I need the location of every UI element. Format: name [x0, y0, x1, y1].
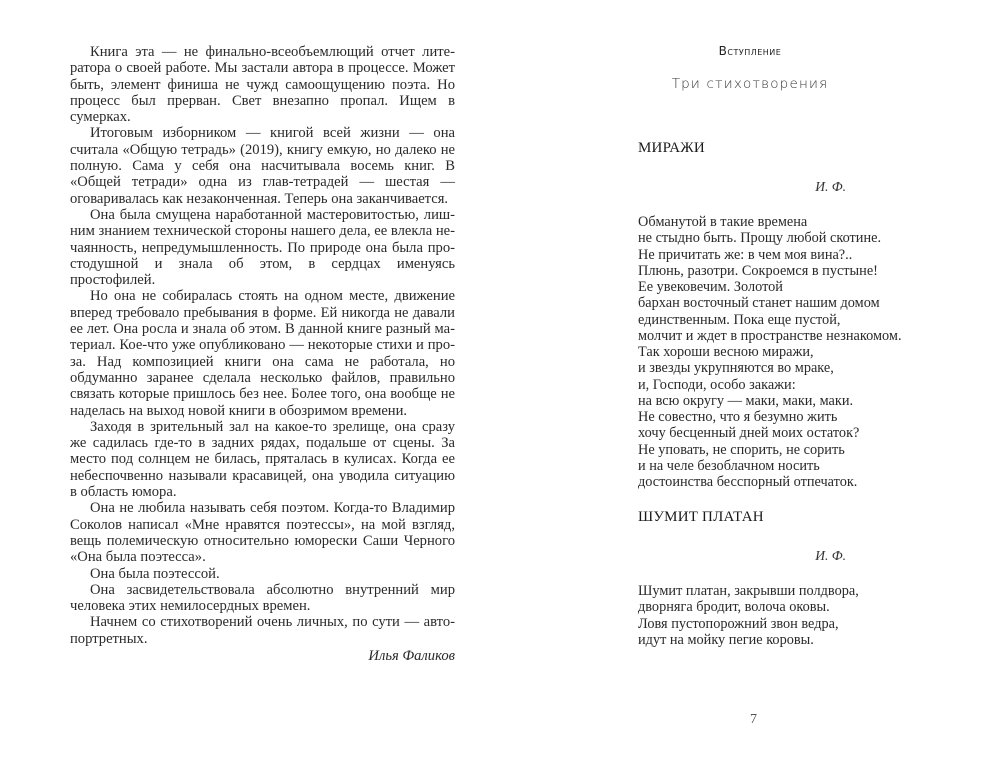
- paragraph: Она была поэтессой.: [70, 566, 455, 582]
- poem-line: бархан восточный станет нашим домом: [638, 295, 938, 311]
- paragraph: Но она не собиралась стоять на одном мес…: [70, 288, 455, 418]
- paragraph: Она засвидетельствовала абсолютно внутре…: [70, 582, 455, 615]
- poem-line: Не уповать, не спорить, не сорить: [638, 442, 938, 458]
- running-head: Вступление: [500, 44, 1000, 58]
- section-title: Три стихотворения: [500, 76, 1000, 92]
- poem-line: дворняга бродит, волоча оковы.: [638, 599, 938, 615]
- poem-title: ШУМИТ ПЛАТАН: [638, 509, 938, 526]
- foreword-text: Книга эта — не финально-всеобъемлющий от…: [70, 44, 455, 664]
- poem-line: идут на мойку пегие коровы.: [638, 632, 938, 648]
- paragraph: Книга эта — не финально-всеобъемлющий от…: [70, 44, 455, 125]
- poem-author: И. Ф.: [638, 179, 846, 195]
- paragraph: Она не любила называть себя поэтом. Когд…: [70, 500, 455, 565]
- poem-line: и, Господи, особо закажи:: [638, 377, 938, 393]
- poem-line: не стыдно быть. Прощу любой скотине.: [638, 230, 938, 246]
- poem-line: Ловя пустопорожний звон ведра,: [638, 616, 938, 632]
- poem-line: на всю округу — маки, маки, маки.: [638, 393, 938, 409]
- poem-author: И. Ф.: [638, 548, 846, 564]
- poem-line: Ее увековечим. Золотой: [638, 279, 938, 295]
- page-number: 7: [750, 712, 757, 728]
- poem-line: Обманутой в такие времена: [638, 214, 938, 230]
- poem-line: единственным. Пока еще пустой,: [638, 312, 938, 328]
- poem-line: Плюнь, разотри. Сокроемся в пустыне!: [638, 263, 938, 279]
- poem-shumit-platan: ШУМИТ ПЛАТАН И. Ф. Шумит платан, закрывш…: [638, 509, 938, 648]
- poem-line: и на челе безоблачном носить: [638, 458, 938, 474]
- poem-line: Не причитать же: в чем моя вина?..: [638, 247, 938, 263]
- poem-line: Шумит платан, закрывши полдвора,: [638, 583, 938, 599]
- poem-line: Так хороши весною миражи,: [638, 344, 938, 360]
- poem-line: достоинства бесспорный отпечаток.: [638, 474, 938, 490]
- poem-line: Не совестно, что я безумно жить: [638, 409, 938, 425]
- paragraph: Начнем со стихотворений очень личных, по…: [70, 614, 455, 647]
- left-page: Книга эта — не финально-всеобъемлющий от…: [0, 0, 500, 774]
- poem-mirazhi: МИРАЖИ И. Ф. Обманутой в такие времена н…: [638, 140, 938, 490]
- poem-line: молчит и ждет в пространстве незнакомом.: [638, 328, 938, 344]
- paragraph: Итоговым изборником — книгой всей жизни …: [70, 125, 455, 206]
- poem-line: и звезды укрупняются во мраке,: [638, 360, 938, 376]
- paragraph: Она была смущена наработанной мастеровит…: [70, 207, 455, 288]
- paragraph: Заходя в зрительный зал на какое-то зрел…: [70, 419, 455, 500]
- poem-title: МИРАЖИ: [638, 140, 938, 157]
- poem-body: Шумит платан, закрывши полдвора, дворняг…: [638, 583, 938, 648]
- author-signature: Илья Фаликов: [70, 648, 455, 664]
- poem-body: Обманутой в такие времена не стыдно быть…: [638, 214, 938, 490]
- right-page: Вступление Три стихотворения МИРАЖИ И. Ф…: [500, 0, 1000, 774]
- poem-line: хочу бесценный дней моих остаток?: [638, 425, 938, 441]
